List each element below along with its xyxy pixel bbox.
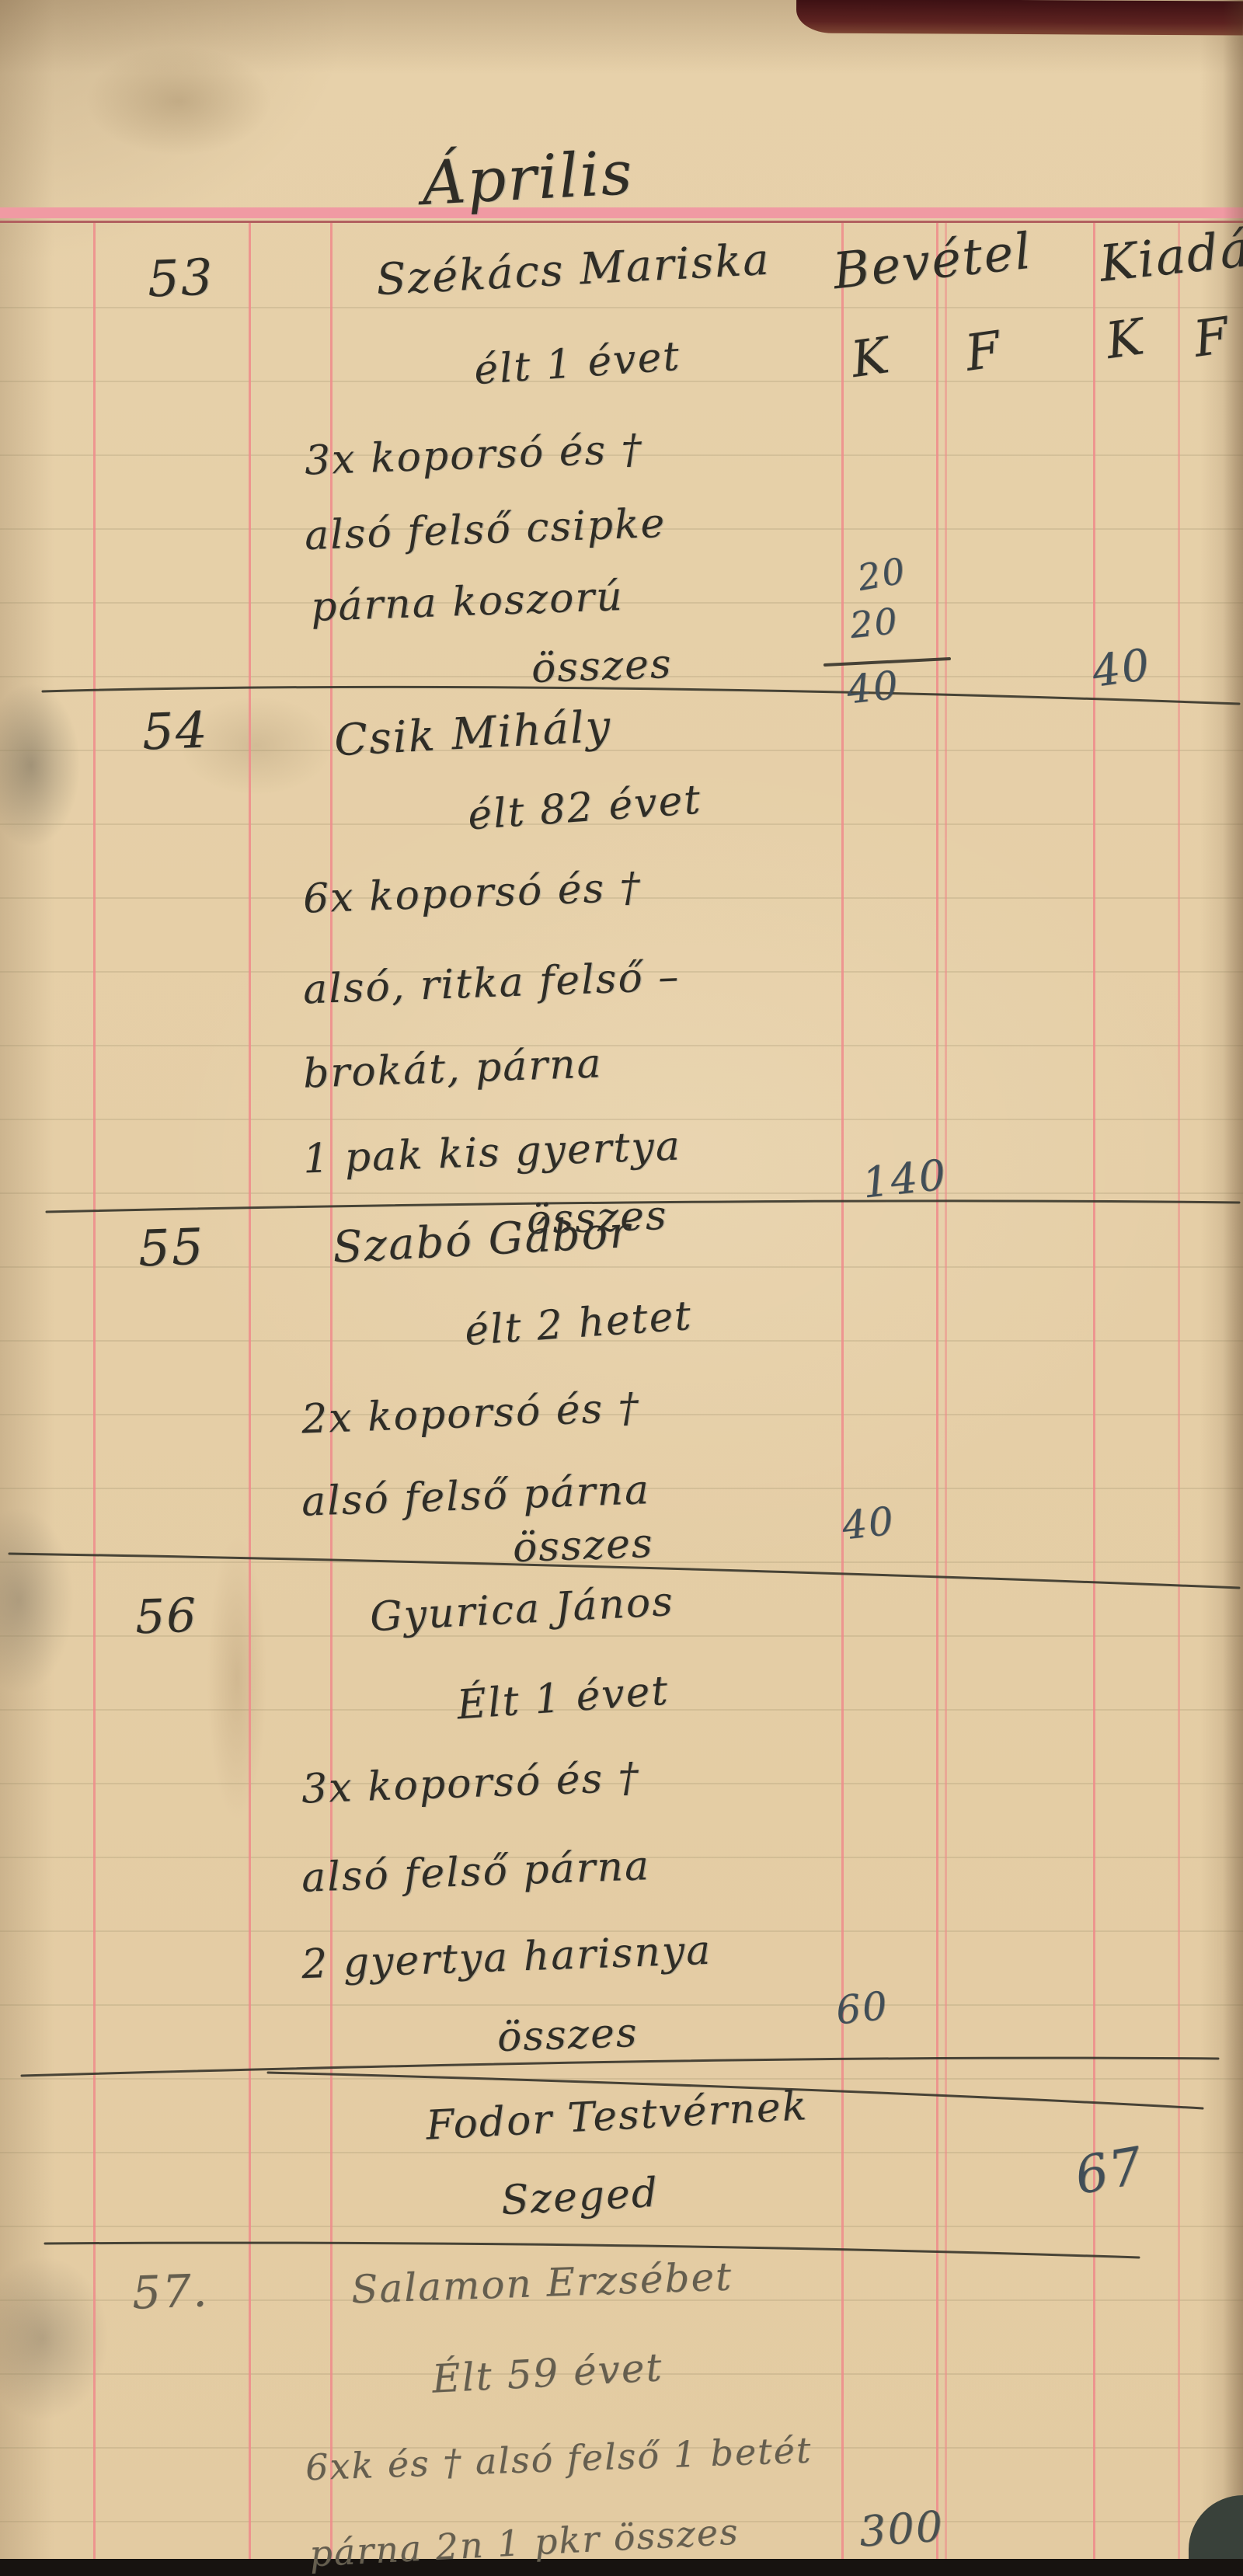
expense-total: 40 — [1089, 639, 1154, 698]
total-label: összes — [496, 2010, 639, 2061]
entry-number: 54 — [141, 702, 210, 762]
income-amount: 20 — [848, 600, 900, 646]
income-total: 140 — [860, 1150, 949, 1207]
entry-number: 55 — [138, 1219, 206, 1279]
income-total: 40 — [840, 1499, 897, 1549]
income-total: 300 — [858, 2501, 945, 2556]
income-amount: 20 — [855, 549, 910, 599]
entry-number: 56 — [134, 1589, 199, 1645]
ledger-page: Április Bevétel Kiadás K F K F 53 Székác… — [0, 0, 1243, 2576]
income-total: 40 — [844, 663, 901, 713]
expense-amount: 67 — [1071, 2136, 1148, 2206]
income-total: 60 — [834, 1983, 890, 2034]
entry-number: 57. — [131, 2264, 210, 2319]
total-label: összes — [531, 641, 674, 692]
income-korona-label: K — [848, 327, 894, 389]
supplier-city: Szeged — [500, 2170, 660, 2225]
month-title: Április — [420, 138, 635, 219]
entry-number: 53 — [147, 249, 215, 309]
expense-korona-label: K — [1102, 308, 1149, 371]
total-label: összes — [512, 1520, 655, 1572]
